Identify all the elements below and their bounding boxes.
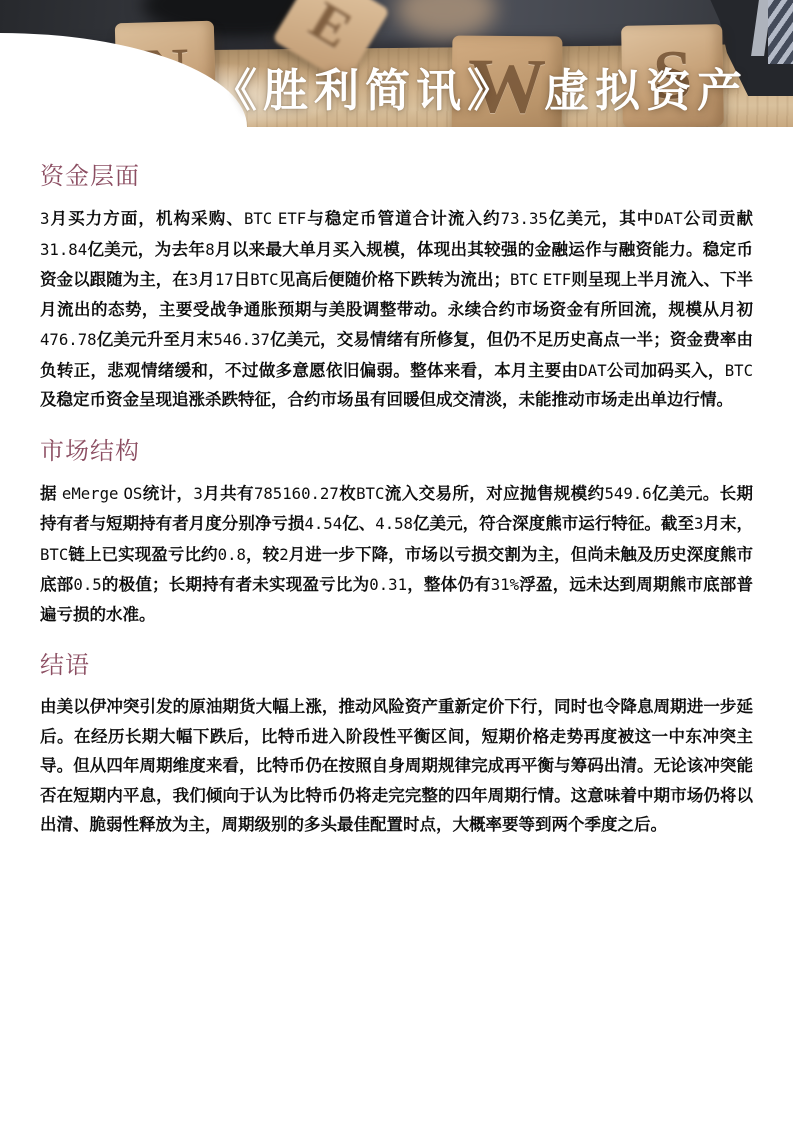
section-heading: 市场结构	[40, 437, 753, 466]
page-title-right: 虚拟资产	[544, 65, 748, 116]
newsletter-page: E N W S 《胜利简讯》虚拟资产 资金层面 3月买力方面，机构采购、BTC …	[0, 0, 793, 1121]
section-heading: 资金层面	[40, 162, 753, 191]
striped-tie	[768, 0, 793, 64]
section-body: 由美以伊冲突引发的原油期货大幅上涨，推动风险资产重新定价下行，同时也令降息周期进…	[40, 693, 753, 841]
block-letter: E	[300, 0, 363, 61]
page-title-left: 《胜利简讯》	[212, 65, 518, 116]
header-banner: E N W S 《胜利简讯》虚拟资产	[0, 0, 793, 127]
section-funding: 资金层面 3月买力方面，机构采购、BTC ETF与稳定币管道合计流入约73.35…	[40, 162, 753, 416]
section-market-structure: 市场结构 据 eMerge OS统计，3月共有785160.27枚BTC流入交易…	[40, 437, 753, 631]
section-conclusion: 结语 由美以伊冲突引发的原油期货大幅上涨，推动风险资产重新定价下行，同时也令降息…	[40, 651, 753, 841]
section-body: 3月买力方面，机构采购、BTC ETF与稳定币管道合计流入约73.35亿美元，其…	[40, 204, 753, 416]
section-heading: 结语	[40, 651, 753, 680]
section-body: 据 eMerge OS统计，3月共有785160.27枚BTC流入交易所，对应抛…	[40, 479, 753, 631]
content-area: 资金层面 3月买力方面，机构采购、BTC ETF与稳定币管道合计流入约73.35…	[0, 162, 793, 841]
page-title: 《胜利简讯》虚拟资产	[212, 54, 748, 119]
